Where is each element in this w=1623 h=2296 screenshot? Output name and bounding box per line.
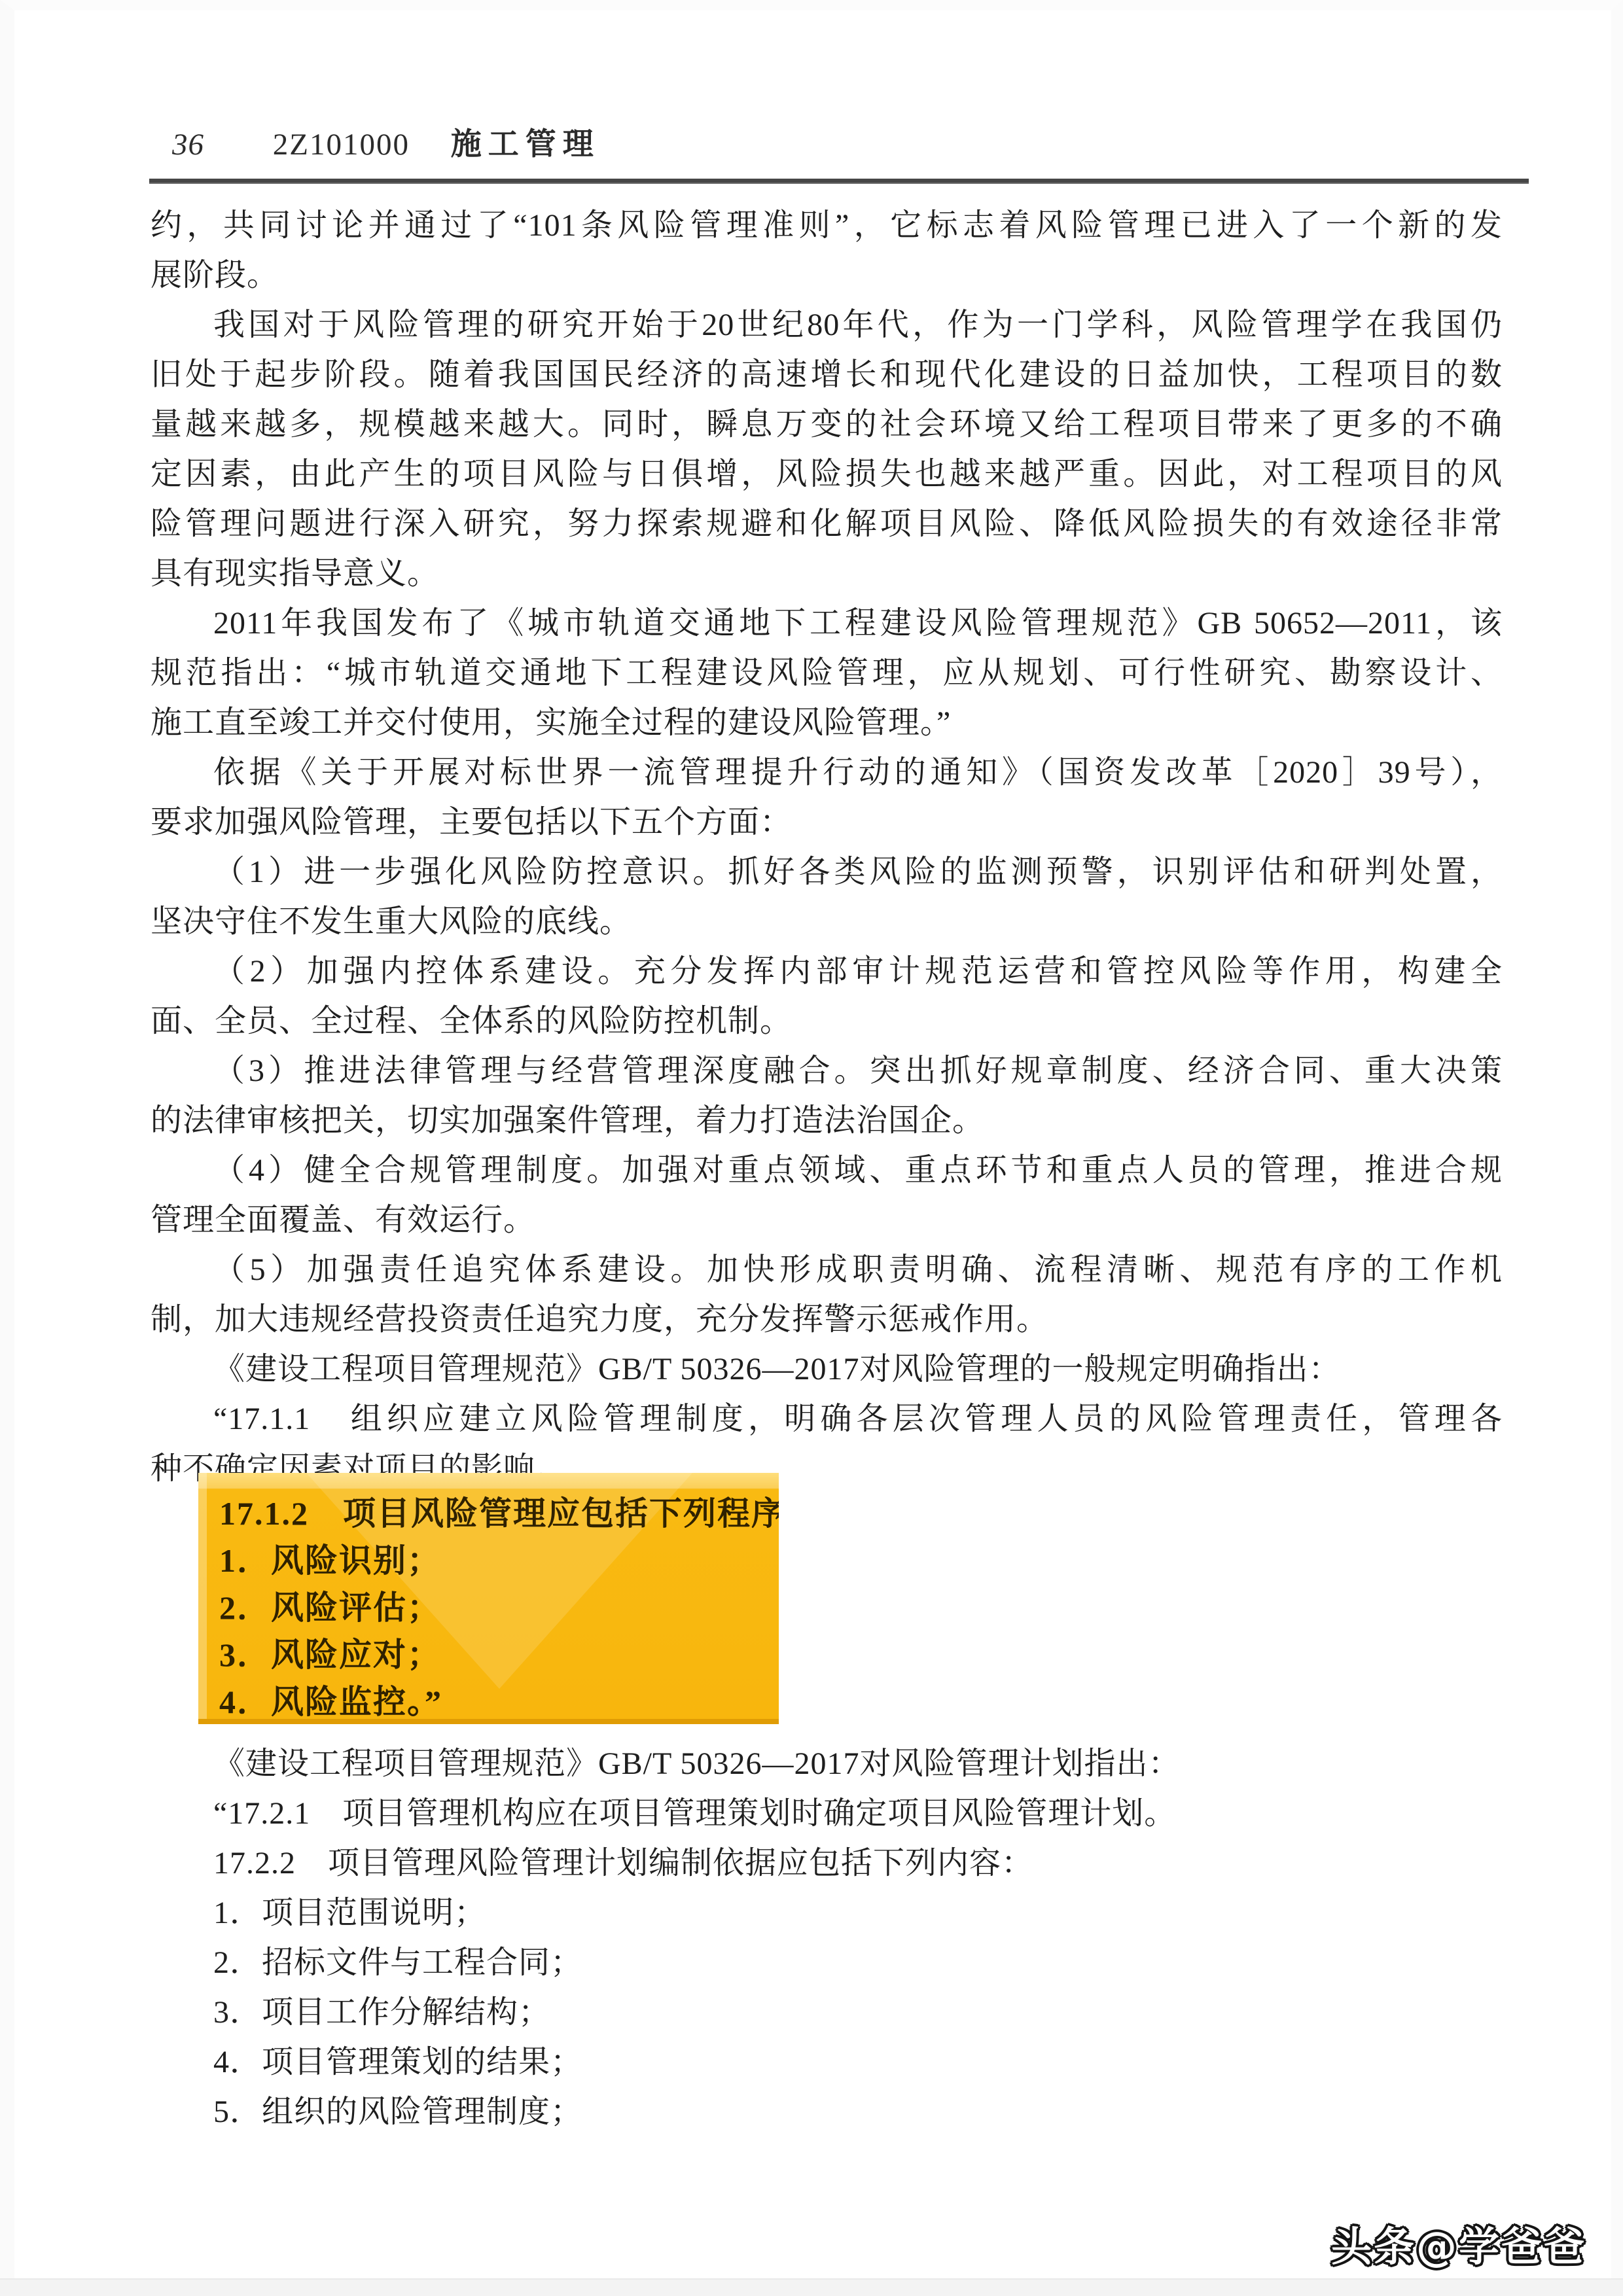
text-line: 17.2.2 项目管理风险管理计划编制依据应包括下列内容： [151, 1839, 1503, 1888]
after-box-text: 《建设工程项目管理规范》GB/T 50326—2017对风险管理计划指出：“17… [151, 1739, 1503, 2137]
watermark: 头条@学爸爸 [1331, 2214, 1586, 2272]
page-header: 36 2Z101000 施工管理 [172, 120, 600, 164]
header-rule [149, 179, 1529, 184]
text-line: （4）健全合规管理制度。加强对重点领域、重点环节和重点人员的管理，推进合规 [151, 1146, 1503, 1195]
text-line: 面、全员、全过程、全体系的风险防控机制。 [151, 997, 1503, 1046]
text-line: 定因素，由此产生的项目风险与日俱增，风险损失也越来越严重。因此，对工程项目的风 [151, 450, 1503, 499]
text-line: 2011年我国发布了《城市轨道交通地下工程建设风险管理规范》GB 50652—2… [151, 599, 1503, 648]
text-line: （1）进一步强化风险防控意识。抓好各类风险的监测预警，识别评估和研判处置， [151, 847, 1503, 897]
text-line: 坚决守住不发生重大风险的底线。 [151, 897, 1503, 947]
text-line: 具有现实指导意义。 [151, 549, 1503, 599]
text-line: 规范指出：“城市轨道交通地下工程建设风险管理，应从规划、可行性研究、勘察设计、 [151, 648, 1503, 698]
text-line: 2．招标文件与工程合同； [151, 1938, 1503, 1988]
text-line: （3）推进法律管理与经营管理深度融合。突出抓好规章制度、经济合同、重大决策 [151, 1046, 1503, 1096]
text-line: 《建设工程项目管理规范》GB/T 50326—2017对风险管理计划指出： [151, 1739, 1503, 1789]
text-line: 的法律审核把关，切实加强案件管理，着力打造法治国企。 [151, 1096, 1503, 1146]
text-line: 5．组织的风险管理制度； [151, 2087, 1503, 2137]
text-line: 依据《关于开展对标世界一流管理提升行动的通知》（国资发改革［2020］39号）， [151, 748, 1503, 798]
text-line: 17.1.2 项目风险管理应包括下列程序: [219, 1490, 766, 1537]
text-line: 我国对于风险管理的研究开始于20世纪80年代，作为一门学科，风险管理学在我国仍 [151, 300, 1503, 350]
text-line: 量越来越多，规模越来越大。同时，瞬息万变的社会环境又给工程项目带来了更多的不确 [151, 400, 1503, 450]
text-line: 2．风险评估； [219, 1584, 766, 1631]
text-line: 展阶段。 [151, 251, 1503, 300]
text-line: 旧处于起步阶段。随着我国国民经济的高速增长和现代化建设的日益加快，工程项目的数 [151, 350, 1503, 400]
text-line: 《建设工程项目管理规范》GB/T 50326—2017对风险管理的一般规定明确指… [151, 1345, 1503, 1394]
text-line: 施工直至竣工并交付使用，实施全过程的建设风险管理。” [151, 698, 1503, 748]
text-line: 制，加大违规经营投资责任追究力度，充分发挥警示惩戒作用。 [151, 1295, 1503, 1345]
text-line: 3．项目工作分解结构； [151, 1988, 1503, 2038]
highlight-lines: 17.1.2 项目风险管理应包括下列程序:1．风险识别；2．风险评估；3．风险应… [219, 1490, 766, 1724]
text-line: 约，共同讨论并通过了“101条风险管理准则”，它标志着风险管理已进入了一个新的发 [151, 201, 1503, 251]
text-line: 3．风险应对； [219, 1631, 766, 1678]
text-line: 要求加强风险管理，主要包括以下五个方面： [151, 798, 1503, 847]
text-line: “17.2.1 项目管理机构应在项目管理策划时确定项目风险管理计划。 [151, 1789, 1503, 1839]
course-title: 施工管理 [451, 128, 600, 162]
text-line: 管理全面覆盖、有效运行。 [151, 1195, 1503, 1245]
scan-bottom-strip [0, 2278, 1623, 2296]
body-text: 约，共同讨论并通过了“101条风险管理准则”，它标志着风险管理已进入了一个新的发… [151, 201, 1503, 1494]
text-line: 4．风险监控。” [219, 1678, 766, 1724]
highlight-sheen-strip [198, 1473, 207, 1719]
text-line: 1．项目范围说明； [151, 1888, 1503, 1938]
text-line: 1．风险识别； [219, 1537, 766, 1584]
scanned-page: 36 2Z101000 施工管理 约，共同讨论并通过了“101条风险管理准则”，… [0, 0, 1623, 2296]
highlight-box: 17.1.2 项目风险管理应包括下列程序:1．风险识别；2．风险评估；3．风险应… [198, 1473, 779, 1724]
page-number: 36 [172, 128, 204, 162]
text-line: “17.1.1 组织应建立风险管理制度，明确各层次管理人员的风险管理责任，管理各 [151, 1394, 1503, 1444]
text-line: （5）加强责任追究体系建设。加快形成职责明确、流程清晰、规范有序的工作机 [151, 1245, 1503, 1295]
text-line: 4．项目管理策划的结果； [151, 2038, 1503, 2087]
text-line: （2）加强内控体系建设。充分发挥内部审计规范运营和管控风险等作用，构建全 [151, 947, 1503, 997]
course-code: 2Z101000 [273, 128, 410, 162]
text-line: 险管理问题进行深入研究，努力探索规避和化解项目风险、降低风险损失的有效途径非常 [151, 499, 1503, 549]
